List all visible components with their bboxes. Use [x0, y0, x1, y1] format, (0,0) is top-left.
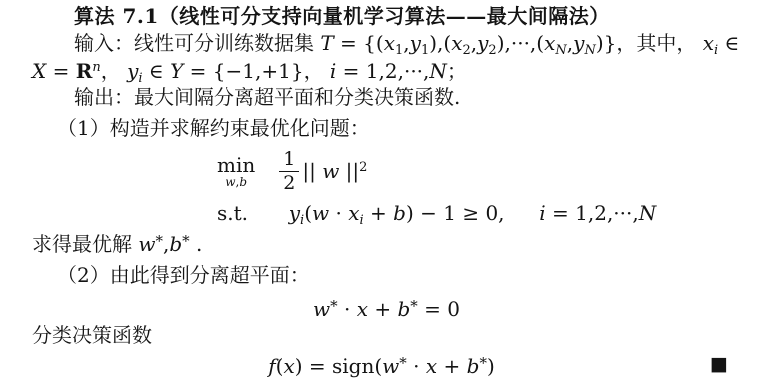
math-token: .	[190, 232, 203, 256]
math-token: = 0	[418, 297, 460, 321]
math-token: b	[239, 175, 247, 189]
decision-function-formula: f(x) = sign(w* · x + b*)	[0, 351, 768, 378]
math-token: x	[426, 354, 437, 378]
math-token: x	[384, 31, 395, 55]
objective-formula: min w,b 1 2 || w ||2	[217, 149, 367, 193]
math-token: ·	[407, 354, 426, 378]
math-token: T	[320, 31, 333, 55]
constraint-expression: yi(w · xi + b) − 1 ≥ 0,	[289, 201, 505, 225]
math-token: w	[322, 159, 339, 183]
math-token: *	[155, 232, 163, 250]
math-token: x	[451, 31, 462, 55]
math-token: *	[479, 354, 487, 372]
math-token: *	[182, 232, 190, 250]
math-token: *	[410, 297, 418, 315]
math-token: ),(	[429, 31, 451, 55]
math-token: =	[46, 59, 75, 83]
math-token: ) = sign(	[295, 354, 382, 378]
math-token: X	[32, 59, 46, 83]
math-token: )	[487, 354, 495, 378]
fraction-numerator: 1	[279, 150, 299, 172]
math-token: ，	[101, 59, 127, 83]
math-token: *	[399, 354, 407, 372]
min-subscript: w,b	[225, 176, 247, 188]
math-token: N	[584, 43, 595, 58]
math-token: ),···,(	[497, 31, 544, 55]
step-2-heading: （2）由此得到分离超平面：	[57, 263, 310, 287]
math-token: y	[127, 59, 138, 83]
math-token: (	[304, 201, 312, 225]
math-token: ·	[329, 201, 348, 225]
math-token: *	[330, 297, 338, 315]
math-token: 2	[488, 43, 496, 58]
math-token: ||	[302, 159, 322, 183]
constraint-row: s.t. yi(w · xi + b) − 1 ≥ 0, i = 1,2,···…	[217, 201, 656, 233]
math-token: 输入：线性可分训练数据集	[74, 31, 320, 55]
subject-to-label: s.t.	[217, 201, 248, 225]
algorithm-title: 算法 7.1（线性可分支持向量机学习算法——最大间隔法）	[74, 4, 610, 28]
math-token: R	[76, 59, 93, 83]
math-token: y	[477, 31, 488, 55]
math-token: ||	[339, 159, 359, 183]
math-token: b	[467, 354, 480, 378]
math-token: f	[268, 354, 275, 378]
fraction-one-half: 1 2	[279, 150, 299, 193]
qed-square-icon: ■	[710, 355, 728, 374]
solution-line: 求得最优解 w*,b* .	[32, 229, 202, 256]
math-token: = 1,2,···,	[336, 59, 429, 83]
math-token: 2	[359, 160, 367, 175]
math-token: ) − 1 ≥ 0,	[406, 201, 505, 225]
min-label: min	[217, 155, 255, 176]
math-token: x	[703, 31, 714, 55]
math-token: N	[639, 201, 657, 225]
math-token: n	[92, 60, 100, 75]
math-token: w	[138, 232, 155, 256]
math-token: y	[410, 31, 421, 55]
math-token: ，其中，	[616, 31, 702, 55]
math-token: x	[357, 297, 368, 321]
min-operator: min w,b	[217, 155, 255, 188]
math-token: w	[382, 354, 399, 378]
math-token: +	[437, 354, 466, 378]
math-token: w	[312, 201, 329, 225]
constraint-range: i = 1,2,···,N	[539, 201, 656, 225]
math-token: y	[289, 201, 300, 225]
hyperplane-formula: w* · x + b* = 0	[0, 294, 773, 321]
math-token: x	[283, 354, 294, 378]
math-token: b	[393, 201, 406, 225]
textbook-page: 算法 7.1（线性可分支持向量机学习算法——最大间隔法） 输入：线性可分训练数据…	[0, 0, 773, 392]
objective-expression: || w ||2	[302, 159, 367, 183]
decision-function-label: 分类决策函数	[32, 323, 152, 347]
math-token: ∈	[718, 31, 739, 55]
step-1-heading: （1）构造并求解约束最优化问题：	[57, 116, 370, 140]
math-token: N	[429, 59, 447, 83]
math-token: w	[313, 297, 330, 321]
math-token: = 1,2,···,	[546, 201, 639, 225]
math-token: 求得最优解	[32, 232, 138, 256]
math-token: )}	[596, 31, 617, 55]
math-token: w	[225, 175, 235, 189]
fraction-denominator: 2	[283, 172, 295, 193]
math-token: = {(	[334, 31, 384, 55]
math-token: = {−1,+1}	[183, 59, 303, 83]
math-token: +	[364, 201, 393, 225]
math-token: ，	[304, 59, 330, 83]
math-token: Y	[170, 59, 183, 83]
math-token: y	[573, 31, 584, 55]
math-token: N	[555, 43, 566, 58]
math-token: b	[169, 232, 182, 256]
math-token: ；	[447, 59, 467, 83]
output-line: 输出：最大间隔分离超平面和分类决策函数.	[74, 85, 460, 109]
math-token: ∈	[143, 59, 171, 83]
math-token: x	[348, 201, 359, 225]
math-token: b	[397, 297, 410, 321]
math-token: ·	[338, 297, 357, 321]
math-token: +	[368, 297, 397, 321]
math-token: x	[544, 31, 555, 55]
